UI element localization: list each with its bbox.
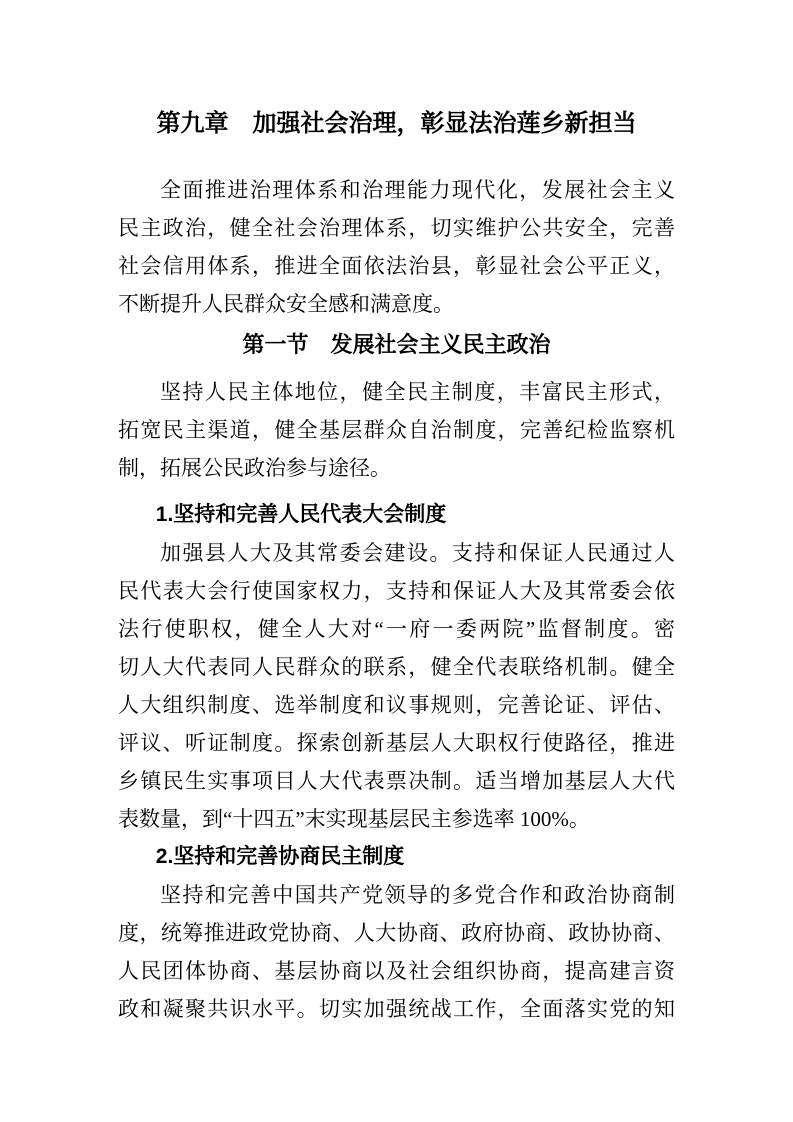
text-line: 乡镇民生实事项目人大代表票决制。适当增加基层人大代 [118, 762, 675, 800]
text-line: 拓宽民主渠道，健全基层群众自治制度，完善纪检监察机 [118, 411, 675, 449]
text-line: 表数量，到“十四五”末实现基层民主参选率 100%。 [118, 800, 675, 838]
text-line: 民主政治，健全社会治理体系，切实维护公共安全，完善 [118, 209, 675, 247]
section-title: 第一节 发展社会主义民主政治 [118, 326, 675, 364]
text-line: 政和凝聚共识水平。切实加强统战工作，全面落实党的知 [118, 990, 675, 1028]
text-line: 全面推进治理体系和治理能力现代化，发展社会主义 [118, 171, 675, 209]
document-page: 第九章 加强社会治理，彰显法治莲乡新担当 全面推进治理体系和治理能力现代化，发展… [0, 0, 793, 1122]
text-line: 不断提升人民群众安全感和满意度。 [118, 285, 675, 323]
text-line: 民代表大会行使国家权力，支持和保证人大及其常委会依 [118, 572, 675, 610]
text-line: 人大组织制度、选举制度和议事规则，完善论证、评估、 [118, 686, 675, 724]
text-line: 加强县人大及其常委会建设。支持和保证人民通过人 [118, 534, 675, 572]
text-line: 坚持人民主体地位，健全民主制度，丰富民主形式， [118, 373, 675, 411]
page-content: 第九章 加强社会治理，彰显法治莲乡新担当 全面推进治理体系和治理能力现代化，发展… [118, 0, 675, 1028]
chapter-title: 第九章 加强社会治理，彰显法治莲乡新担当 [118, 105, 675, 143]
text-line: 切人大代表同人民群众的联系，健全代表联络机制。健全 [118, 648, 675, 686]
text-line: 人民团体协商、基层协商以及社会组织协商，提高建言资 [118, 952, 675, 990]
text-line: 法行使职权，健全人大对“一府一委两院”监督制度。密 [118, 610, 675, 648]
subsection-1-paragraph: 加强县人大及其常委会建设。支持和保证人民通过人 民代表大会行使国家权力，支持和保… [118, 534, 675, 838]
text-line: 度，统筹推进政党协商、人大协商、政府协商、政协协商、 [118, 914, 675, 952]
text-line: 社会信用体系，推进全面依法治县，彰显社会公平正义， [118, 247, 675, 285]
subsection-2-paragraph: 坚持和完善中国共产党领导的多党合作和政治协商制 度，统筹推进政党协商、人大协商、… [118, 876, 675, 1028]
section-intro-paragraph: 坚持人民主体地位，健全民主制度，丰富民主形式， 拓宽民主渠道，健全基层群众自治制… [118, 373, 675, 487]
subsection-2-heading: 2.坚持和完善协商民主制度 [118, 838, 675, 876]
text-line: 制，拓展公民政治参与途径。 [118, 449, 675, 487]
intro-paragraph: 全面推进治理体系和治理能力现代化，发展社会主义 民主政治，健全社会治理体系，切实… [118, 171, 675, 323]
text-line: 坚持和完善中国共产党领导的多党合作和政治协商制 [118, 876, 675, 914]
text-line: 评议、听证制度。探索创新基层人大职权行使路径，推进 [118, 724, 675, 762]
subsection-1-heading: 1.坚持和完善人民代表大会制度 [118, 496, 675, 534]
